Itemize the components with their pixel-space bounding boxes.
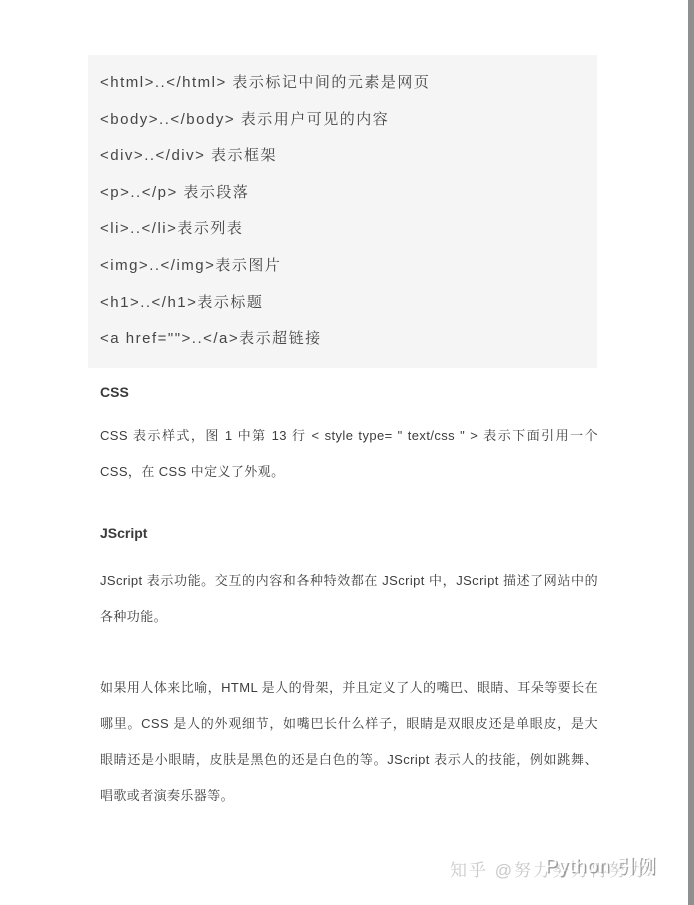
overlay-watermark-text: Python 引例 — [545, 851, 656, 878]
section-heading-jscript: JScript — [100, 515, 598, 551]
code-line-img: <img>..</img>表示图片 — [100, 248, 585, 285]
section-body-jscript: JScript 表示功能。交互的内容和各种特效都在 JScript 中，JScr… — [100, 563, 598, 635]
analogy-paragraph: 如果用人体来比喻，HTML 是人的骨架，并且定义了人的嘴巴、眼睛、耳朵等要长在哪… — [100, 670, 598, 814]
watermark: 知乎 @努力努力再努力x Python 引例 — [440, 848, 694, 893]
document-page: <html>..</html> 表示标记中间的元素是网页 <body>..</b… — [0, 0, 694, 905]
code-line-li: <li>..</li>表示列表 — [100, 211, 585, 248]
code-line-a: <a href="">..</a>表示超链接 — [100, 321, 585, 358]
code-line-div: <div>..</div> 表示框架 — [100, 138, 585, 175]
section-heading-css: CSS — [100, 374, 598, 410]
code-line-body: <body>..</body> 表示用户可见的内容 — [100, 102, 585, 139]
code-block: <html>..</html> 表示标记中间的元素是网页 <body>..</b… — [88, 55, 597, 368]
code-line-h1: <h1>..</h1>表示标题 — [100, 285, 585, 322]
code-line-p: <p>..</p> 表示段落 — [100, 175, 585, 212]
scrollbar[interactable] — [688, 0, 694, 905]
section-body-css: CSS 表示样式，图 1 中第 13 行 < style type= " tex… — [100, 418, 598, 490]
code-line-html: <html>..</html> 表示标记中间的元素是网页 — [100, 65, 585, 102]
